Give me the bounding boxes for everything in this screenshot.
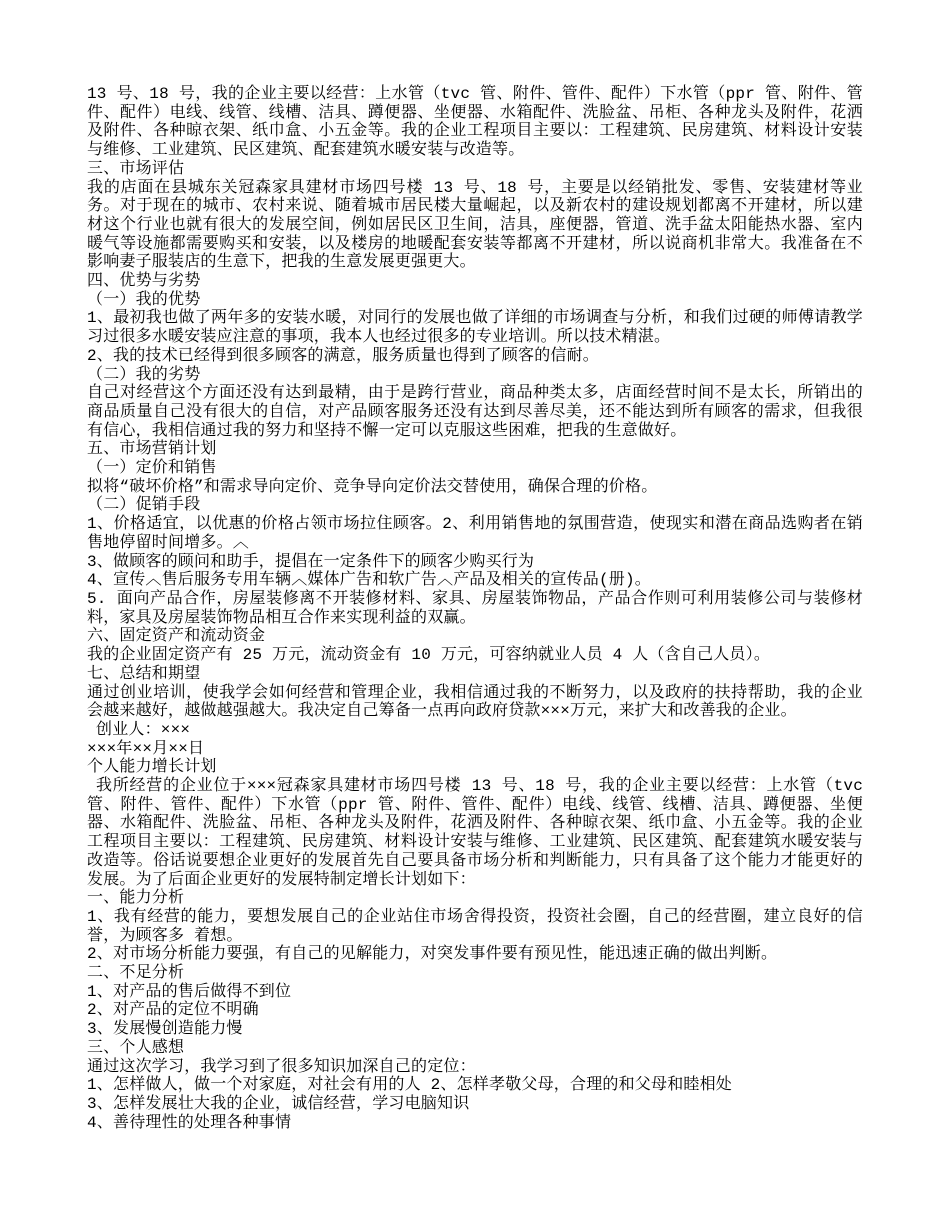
- sub-heading: （二）我的劣势: [87, 366, 863, 385]
- body-paragraph: 拟将“破坏价格”和需求导向定价、竞争导向定价法交替使用，确保合理的价格。: [87, 478, 863, 497]
- signature-line: 创业人：×××: [87, 721, 863, 740]
- list-item: 1、怎样做人，做一个对家庭，对社会有用的人 2、怎样孝敬父母，合理的和父母和睦相…: [87, 1076, 863, 1095]
- section-heading: 三、市场评估: [87, 160, 863, 179]
- list-item: 2、我的技术已经得到很多顾客的满意，服务质量也得到了顾客的信耐。: [87, 347, 863, 366]
- list-item: 3、发展慢创造能力慢: [87, 1020, 863, 1039]
- section-heading: 七、总结和期望: [87, 665, 863, 684]
- section-heading: 一、能力分析: [87, 889, 863, 908]
- list-item: 3、怎样发展壮大我的企业，诚信经营，学习电脑知识: [87, 1095, 863, 1114]
- body-paragraph: 自己对经营这个方面还没有达到最精，由于是跨行营业，商品种类太多，店面经营时间不是…: [87, 384, 863, 440]
- document-page: 13 号、18 号，我的企业主要以经营：上水管（tvc 管、附件、管件、配件）下…: [87, 85, 863, 1132]
- sub-heading: （一）定价和销售: [87, 459, 863, 478]
- section-heading: 五、市场营销计划: [87, 440, 863, 459]
- section-heading: 二、不足分析: [87, 964, 863, 983]
- sub-heading: （一）我的优势: [87, 291, 863, 310]
- sub-heading: （二）促销手段: [87, 496, 863, 515]
- list-item: 4、善待理性的处理各种事情: [87, 1114, 863, 1133]
- list-item: 5. 面向产品合作，房屋装修离不开装修材料、家具、房屋装饰物品，产品合作则可利用…: [87, 590, 863, 627]
- body-paragraph: 我的企业固定资产有 25 万元，流动资金有 10 万元，可容纳就业人员 4 人（…: [87, 646, 863, 665]
- document-title: 个人能力增长计划: [87, 758, 863, 777]
- body-paragraph: 我的店面在县城东关冠森家具建材市场四号楼 13 号、18 号，主要是以经销批发、…: [87, 179, 863, 273]
- body-paragraph: 13 号、18 号，我的企业主要以经营：上水管（tvc 管、附件、管件、配件）下…: [87, 85, 863, 160]
- list-item: 1、价格适宜，以优惠的价格占领市场拉住顾客。2、利用销售地的氛围营造，使现实和潜…: [87, 515, 863, 552]
- date-line: ×××年××月××日: [87, 740, 863, 759]
- list-item: 2、对市场分析能力要强，有自己的见解能力，对突发事件要有预见性，能迅速正确的做出…: [87, 945, 863, 964]
- section-heading: 六、固定资产和流动资金: [87, 627, 863, 646]
- list-item: 1、对产品的售后做得不到位: [87, 983, 863, 1002]
- section-heading: 四、优势与劣势: [87, 272, 863, 291]
- list-item: 1、我有经营的能力，要想发展自己的企业站住市场舍得投资，投资社会圈，自己的经营圈…: [87, 908, 863, 945]
- body-paragraph: 通过创业培训，使我学会如何经营和管理企业，我相信通过我的不断努力，以及政府的扶持…: [87, 684, 863, 721]
- section-heading: 三、个人感想: [87, 1039, 863, 1058]
- body-paragraph: 我所经营的企业位于×××冠森家具建材市场四号楼 13 号、18 号，我的企业主要…: [87, 777, 863, 889]
- list-item: 2、对产品的定位不明确: [87, 1001, 863, 1020]
- list-item: 3、做顾客的顾问和助手，提倡在一定条件下的顾客少购买行为: [87, 553, 863, 572]
- list-item: 4、宣传︿售后服务专用车辆︿媒体广告和软广告︿产品及相关的宣传品(册)。: [87, 571, 863, 590]
- list-item: 1、最初我也做了两年多的安装水暖，对同行的发展也做了详细的市场调查与分析，和我们…: [87, 309, 863, 346]
- body-paragraph: 通过这次学习，我学习到了很多知识加深自己的定位：: [87, 1058, 863, 1077]
